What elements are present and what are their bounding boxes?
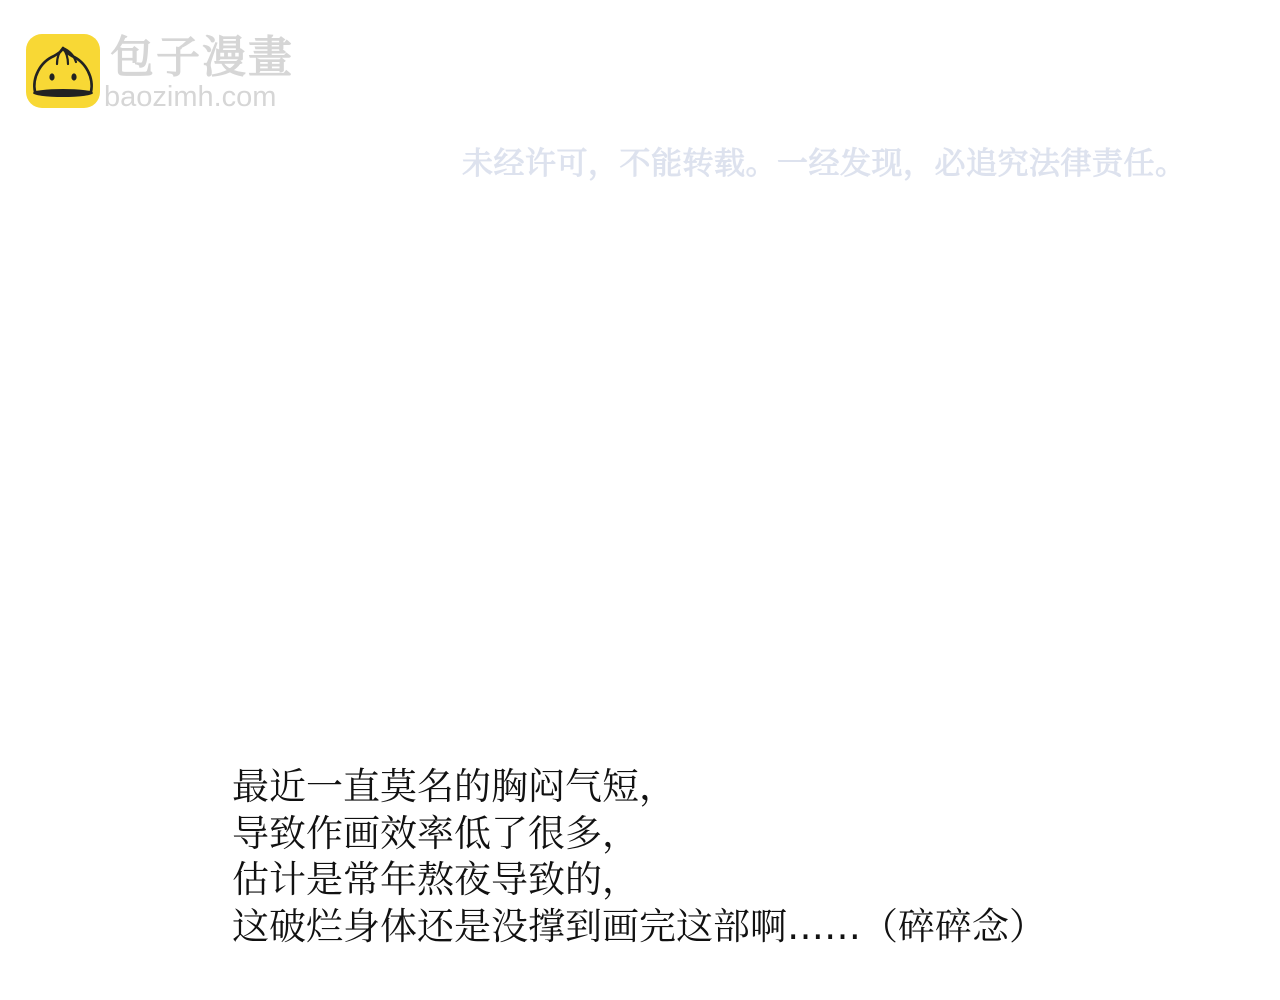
logo-domain: baozimh.com — [104, 82, 294, 112]
site-logo[interactable]: 包子漫畫 baozimh.com — [26, 34, 294, 112]
note-line: 估计是常年熬夜导致的， — [232, 857, 1046, 904]
note-line: 导致作画效率低了很多， — [232, 811, 1046, 858]
note-line: 这破烂身体还是没撑到画完这部啊……（碎碎念） — [232, 904, 1046, 951]
logo-name: 包子漫畫 — [110, 34, 294, 82]
note-line: 最近一直莫名的胸闷气短， — [232, 764, 1046, 811]
steamed-bun-mascot-icon — [26, 34, 100, 108]
author-note: 最近一直莫名的胸闷气短， 导致作画效率低了很多， 估计是常年熬夜导致的， 这破烂… — [232, 764, 1046, 950]
logo-text: 包子漫畫 baozimh.com — [110, 34, 294, 112]
copyright-watermark: 未经许可，不能转载。一经发现，必追究法律责任。 — [462, 144, 1187, 184]
